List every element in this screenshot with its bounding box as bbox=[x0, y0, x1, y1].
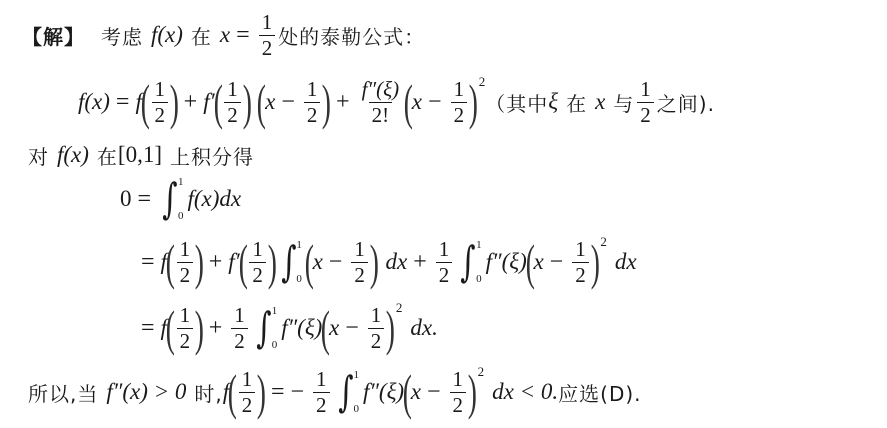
intro-function: f(x) bbox=[151, 22, 183, 48]
integral-sign: ∫10 bbox=[253, 305, 277, 351]
fraction-half: 12 bbox=[249, 238, 266, 285]
intro-text-at: 在 bbox=[191, 21, 212, 50]
fraction-half: 12 bbox=[368, 304, 385, 351]
fraction-half: 12 bbox=[239, 368, 256, 415]
intro-line: 【解】 考虑 f(x) 在 x = 12 处的泰勒公式： bbox=[22, 10, 425, 60]
minus-sign: − bbox=[428, 89, 442, 116]
x-symbol: x bbox=[533, 249, 543, 275]
fraction-half: 12 bbox=[451, 78, 468, 125]
plus-sign: + bbox=[336, 89, 350, 116]
step-1: 0 = ∫10 f(x)dx bbox=[120, 172, 241, 226]
conclusion-text: 所以,当 bbox=[28, 378, 98, 407]
conclusion-line: 所以,当 f″(x) > 0 时, f (12) = − 12 ∫10 f″(ξ… bbox=[28, 362, 642, 422]
solution-label: 【解】 bbox=[22, 21, 85, 50]
f-double-prime-xi: f″(ξ) bbox=[363, 379, 404, 405]
intro-text-taylor: 处的泰勒公式： bbox=[278, 21, 425, 50]
exponent-square: 2 bbox=[478, 364, 485, 380]
fraction-half: 12 bbox=[224, 78, 241, 125]
fraction-half: 12 bbox=[231, 304, 248, 351]
x-symbol: x bbox=[329, 315, 339, 341]
equals-sign: = bbox=[236, 22, 250, 49]
x-symbol: x bbox=[595, 89, 605, 115]
exponent-square: 2 bbox=[600, 234, 607, 250]
fraction-half: 12 bbox=[177, 304, 194, 351]
f-double-prime-xi: f″(ξ) bbox=[281, 315, 322, 341]
minus-sign: − bbox=[550, 249, 564, 276]
step-3: = f (12) + 12 ∫10 f″(ξ) (x − 12) 2 dx. bbox=[135, 298, 438, 358]
dx: dx. bbox=[410, 315, 437, 341]
inequality-tail: dx < 0. bbox=[492, 379, 558, 405]
x-symbol: x bbox=[412, 89, 422, 115]
fraction-half: 12 bbox=[177, 238, 194, 285]
step-2: = f (12) + f′ (12) ∫10 (x − 12) dx + 12 … bbox=[135, 232, 637, 292]
condition: f″(x) > 0 bbox=[106, 379, 186, 405]
integral-sign: ∫10 bbox=[457, 239, 481, 285]
dx: dx bbox=[615, 249, 637, 275]
minus-sign: − bbox=[281, 89, 295, 116]
fraction-half: 12 bbox=[436, 238, 453, 285]
minus-sign: − bbox=[427, 379, 441, 406]
exponent-square: 2 bbox=[396, 300, 403, 316]
integral-sign: ∫10 bbox=[335, 369, 359, 415]
xi-symbol: ξ bbox=[548, 89, 558, 115]
equals-sign: = bbox=[141, 249, 155, 276]
taylor-formula: f(x) = f (12) + f′ (12) (x − 12) + f″(ξ)… bbox=[78, 72, 715, 132]
plus-sign: + bbox=[209, 249, 223, 276]
note-text: 之间). bbox=[657, 88, 715, 117]
interval: [0,1] bbox=[118, 142, 162, 168]
text: 上积分得 bbox=[170, 141, 254, 170]
integral-sign: ∫10 bbox=[278, 239, 302, 285]
plus-sign: + bbox=[413, 249, 427, 276]
text: 对 bbox=[28, 141, 49, 170]
minus-sign: − bbox=[345, 315, 359, 342]
f-double-prime-xi: f″(ξ) bbox=[486, 249, 527, 275]
fraction-half: 12 bbox=[152, 78, 169, 125]
taylor-lhs: f(x) bbox=[78, 89, 110, 115]
fraction-half: 12 bbox=[572, 238, 589, 285]
fraction-half: 12 bbox=[351, 238, 368, 285]
fraction-second-derivative: f″(ξ)2! bbox=[359, 78, 403, 125]
plus-sign: + bbox=[184, 89, 198, 116]
fraction-half: 12 bbox=[637, 78, 654, 125]
intro-variable: x bbox=[220, 22, 230, 48]
text: 在 bbox=[97, 141, 118, 170]
fraction-half: 12 bbox=[313, 368, 330, 415]
fraction-half: 12 bbox=[259, 11, 276, 58]
equals-sign: = bbox=[271, 379, 285, 406]
note-text: （其中 bbox=[485, 88, 548, 117]
note-text: 在 bbox=[566, 88, 587, 117]
answer-choice: 应选(D). bbox=[558, 378, 641, 407]
fraction-half: 12 bbox=[450, 368, 467, 415]
x-symbol: x bbox=[411, 379, 421, 405]
plus-sign: + bbox=[209, 315, 223, 342]
minus-sign: − bbox=[291, 379, 305, 406]
integrate-line: 对 f(x) 在 [0,1] 上积分得 bbox=[28, 140, 254, 170]
conclusion-text: 时, bbox=[194, 378, 222, 407]
equals-sign: = bbox=[141, 315, 155, 342]
x-symbol: x bbox=[313, 249, 323, 275]
integral-sign: ∫10 bbox=[159, 176, 183, 222]
function: f(x) bbox=[57, 142, 89, 168]
equals-sign: = bbox=[138, 186, 152, 213]
zero: 0 bbox=[120, 186, 132, 212]
integrand: f(x)dx bbox=[187, 186, 241, 212]
equals-sign: = bbox=[116, 89, 130, 116]
intro-text: 考虑 bbox=[101, 21, 143, 50]
dx: dx bbox=[386, 249, 408, 275]
x-symbol: x bbox=[265, 89, 275, 115]
note-text: 与 bbox=[613, 88, 634, 117]
fraction-half: 12 bbox=[304, 78, 321, 125]
minus-sign: − bbox=[329, 249, 343, 276]
